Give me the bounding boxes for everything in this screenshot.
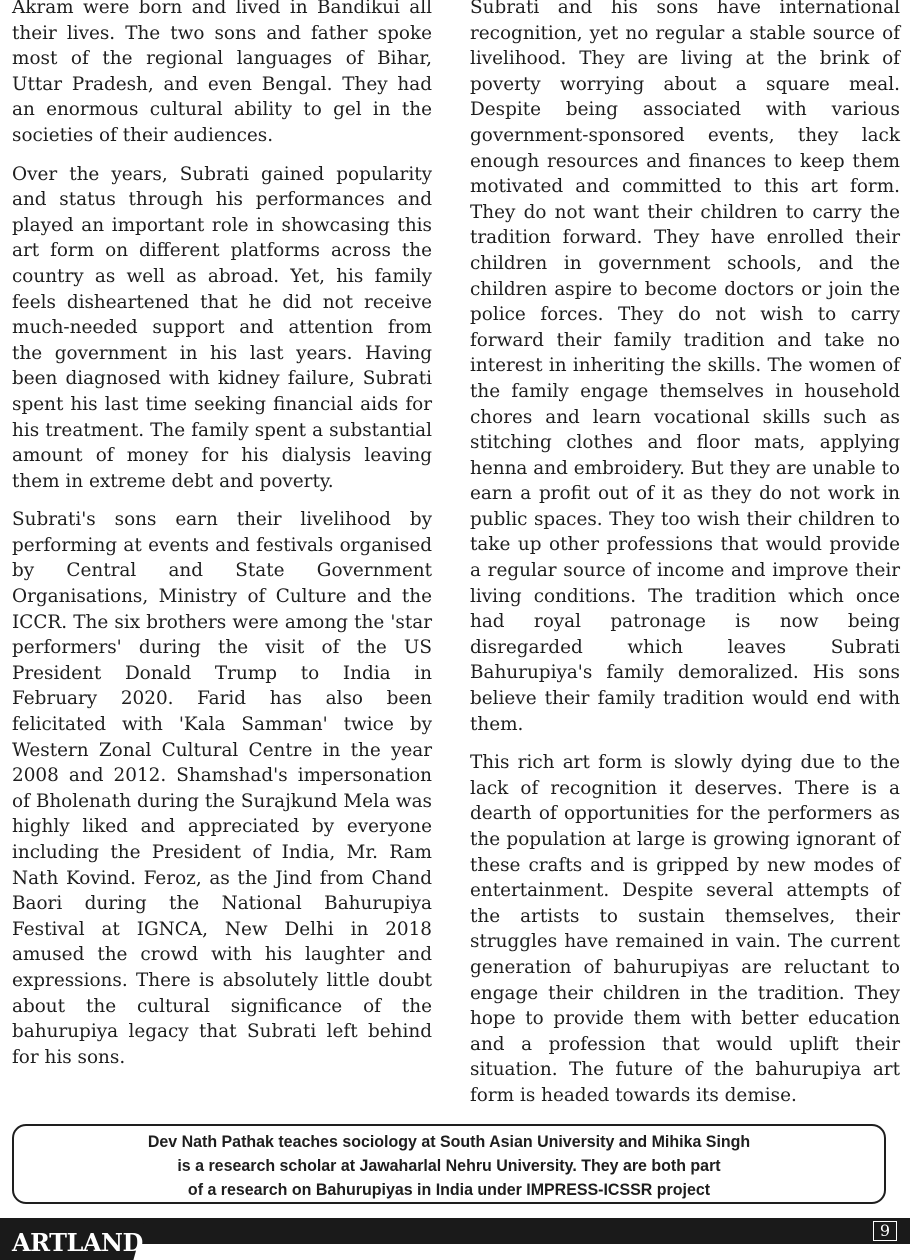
article-paragraph: Subrati and his sons have international … — [470, 0, 900, 737]
author-bio-text: Dev Nath Pathak teaches sociology at Sou… — [40, 1130, 858, 1202]
author-bio-line: is a research scholar at Jawaharlal Nehr… — [40, 1154, 858, 1178]
author-bio-box: Dev Nath Pathak teaches sociology at Sou… — [12, 1124, 886, 1204]
article-paragraph: Akram were born and lived in Bandikui al… — [12, 0, 432, 149]
article-left-column: Akram were born and lived in Bandikui al… — [12, 0, 432, 1083]
magazine-brand: ARTLAND — [12, 1228, 143, 1257]
article-paragraph: Subrati's sons earn their livelihood by … — [12, 507, 432, 1070]
author-bio-line: of a research on Bahurupiyas in India un… — [40, 1178, 858, 1202]
page-number: 9 — [873, 1221, 897, 1241]
article-right-column: Subrati and his sons have international … — [470, 0, 900, 1122]
article-paragraph: This rich art form is slowly dying due t… — [470, 750, 900, 1108]
author-bio-line: Dev Nath Pathak teaches sociology at Sou… — [40, 1130, 858, 1154]
article-paragraph: Over the years, Subrati gained popularit… — [12, 162, 432, 495]
